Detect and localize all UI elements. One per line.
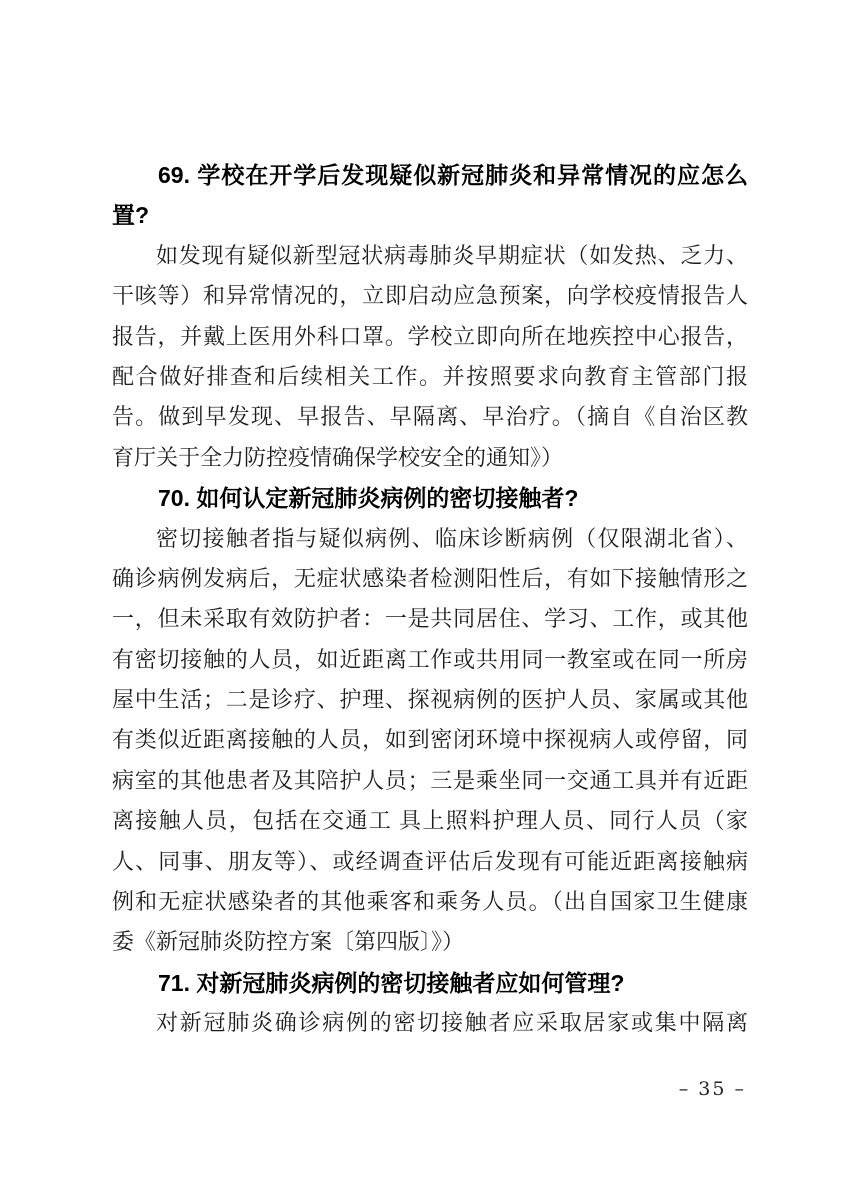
text-line: 报告，并戴上医用外科口罩。学校立即向所在地疾控中心报告，: [112, 317, 748, 357]
question-heading: 70. 如何认定新冠肺炎病例的密切接触者?: [112, 478, 748, 518]
text-line: 委《新冠肺炎防控方案〔第四版〕》）: [112, 922, 748, 962]
question-heading: 71. 对新冠肺炎病例的密切接触者应如何管理?: [112, 963, 748, 1003]
text-line: 例和无症状感染者的其他乘客和乘务人员。（出自国家卫生健康: [112, 882, 748, 922]
text-line: 确诊病例发病后，无症状感染者检测阳性后，有如下接触情形之: [112, 559, 748, 599]
text-line: 人、同事、朋友等）、或经调查评估后发现有可能近距离接触病: [112, 842, 748, 882]
document-page: 69. 学校在开学后发现疑似新冠肺炎和异常情况的应怎么处置?如发现有疑似新型冠状…: [0, 0, 850, 1203]
text-line: 离接触人员，包括在交通工 具上照料护理人员、同行人员（家: [112, 801, 748, 841]
page-number: – 35 –: [679, 1078, 746, 1100]
text-line: 屋中生活；二是诊疗、护理、探视病例的医护人员、家属或其他: [112, 680, 748, 720]
answer-paragraph: 对新冠肺炎确诊病例的密切接触者应采取居家或集中隔离: [112, 1003, 748, 1043]
text-line: 育厅关于全力防控疫情确保学校安全的通知》）: [112, 438, 748, 478]
question-heading: 69. 学校在开学后发现疑似新冠肺炎和异常情况的应怎么处置?: [112, 155, 748, 236]
text-line: 密切接触者指与疑似病例、临床诊断病例（仅限湖北省）、: [112, 519, 748, 559]
text-line: 干咳等）和异常情况的，立即启动应急预案，向学校疫情报告人: [112, 276, 748, 316]
text-line: 置?: [112, 195, 748, 235]
text-line: 告。做到早发现、早报告、早隔离、早治疗。（摘自《自治区教: [112, 397, 748, 437]
text-line: 如发现有疑似新型冠状病毒肺炎早期症状（如发热、乏力、: [112, 236, 748, 276]
text-line: 有密切接触的人员，如近距离工作或共用同一教室或在同一所房: [112, 640, 748, 680]
text-line: 70. 如何认定新冠肺炎病例的密切接触者?: [112, 478, 748, 518]
text-line: 有类似近距离接触的人员，如到密闭环境中探视病人或停留，同: [112, 720, 748, 760]
text-line: 病室的其他患者及其陪护人员；三是乘坐同一交通工具并有近距: [112, 761, 748, 801]
text-line: 一，但未采取有效防护者：一是共同居住、学习、工作，或其他: [112, 599, 748, 639]
text-line: 对新冠肺炎确诊病例的密切接触者应采取居家或集中隔离: [112, 1003, 748, 1043]
answer-paragraph: 如发现有疑似新型冠状病毒肺炎早期症状（如发热、乏力、干咳等）和异常情况的，立即启…: [112, 236, 748, 478]
document-content: 69. 学校在开学后发现疑似新冠肺炎和异常情况的应怎么处置?如发现有疑似新型冠状…: [112, 155, 748, 1044]
answer-paragraph: 密切接触者指与疑似病例、临床诊断病例（仅限湖北省）、确诊病例发病后，无症状感染者…: [112, 519, 748, 963]
text-line: 配合做好排查和后续相关工作。并按照要求向教育主管部门报: [112, 357, 748, 397]
text-line: 71. 对新冠肺炎病例的密切接触者应如何管理?: [112, 963, 748, 1003]
text-line: 69. 学校在开学后发现疑似新冠肺炎和异常情况的应怎么处: [112, 155, 748, 195]
